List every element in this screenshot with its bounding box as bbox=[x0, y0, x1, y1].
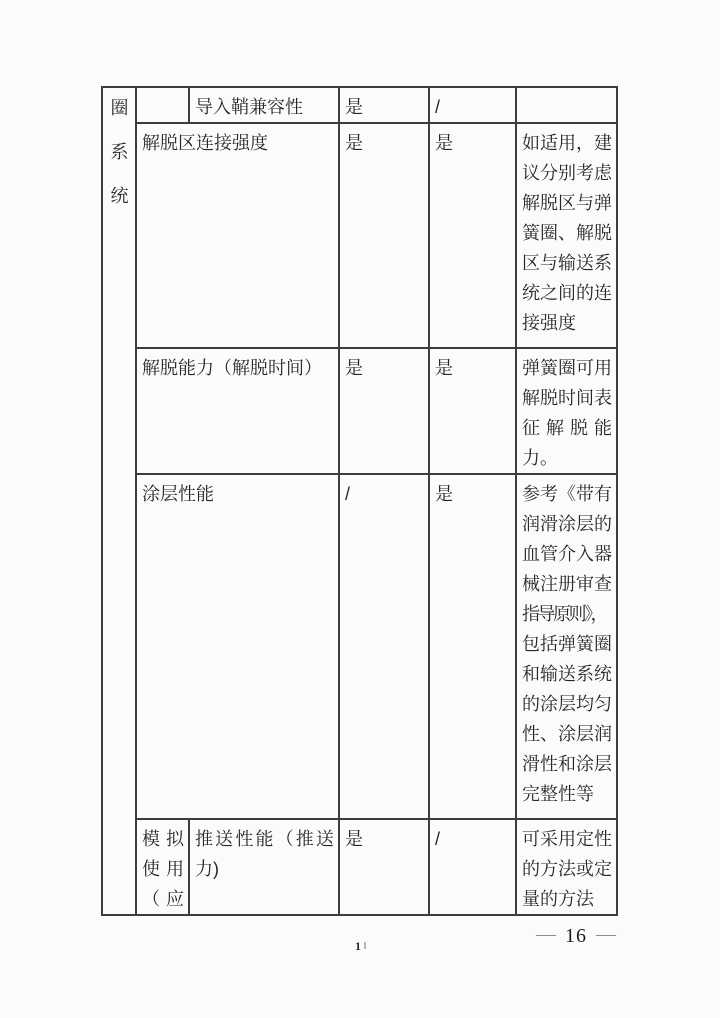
coil-applicable-cell: 是 bbox=[339, 819, 429, 915]
text-line: 推送性能（推送 bbox=[195, 824, 334, 854]
text-line: 弹簧圈可用 bbox=[522, 353, 612, 383]
remark-cell: 参考《带有润滑涂层的血管介入器械注册审查指导原则》，包括弹簧圈和输送系统的涂层均… bbox=[516, 474, 617, 819]
table-row: 模拟使用（应推送性能（推送力)是/可采用定性的方法或定量的方法 bbox=[102, 819, 617, 915]
table-row: 圈系统导入鞘兼容性是/ bbox=[102, 87, 617, 123]
text-line: 解脱能力（解脱时间） bbox=[142, 353, 334, 383]
coil-applicable-cell: / bbox=[339, 474, 429, 819]
delivery-applicable-cell: 是 bbox=[429, 348, 516, 474]
text-line: 使用 bbox=[142, 854, 184, 884]
applicability-value: 是 bbox=[345, 353, 424, 383]
performance-requirements-table: 圈系统导入鞘兼容性是/解脱区连接强度是是如适用，建议分别考虑解脱区与弹簧圈、解脱… bbox=[101, 86, 618, 916]
text-line: 解脱区连接强度 bbox=[142, 128, 334, 158]
footer-left-dash: — bbox=[536, 923, 556, 945]
item-name-cell: 涂层性能 bbox=[136, 474, 339, 819]
table-row: 解脱能力（解脱时间）是是弹簧圈可用解脱时间表征解脱能力。 bbox=[102, 348, 617, 474]
vertical-header-char: 系 bbox=[108, 130, 131, 174]
footnote-mark: 1 bbox=[355, 939, 361, 954]
delivery-applicable-cell: 是 bbox=[429, 474, 516, 819]
coil-applicable-cell: 是 bbox=[339, 123, 429, 348]
category-cell bbox=[136, 87, 189, 123]
text-line: 的方法或定 bbox=[522, 854, 612, 884]
text-line: 械注册审查 bbox=[522, 569, 612, 599]
item-name-cell: 推送性能（推送力) bbox=[189, 819, 339, 915]
text-line: 滑性和涂层 bbox=[522, 749, 612, 779]
delivery-applicable-cell: / bbox=[429, 87, 516, 123]
text-line: 可采用定性 bbox=[522, 824, 612, 854]
footnote-tick-mark bbox=[364, 942, 366, 949]
text-line: 簧圈、解脱 bbox=[522, 218, 612, 248]
text-line: （应 bbox=[142, 884, 184, 914]
applicability-value: / bbox=[435, 824, 511, 854]
applicability-value: 是 bbox=[345, 128, 424, 158]
text-line: 的涂层均匀 bbox=[522, 689, 612, 719]
text-line: 解脱时间表 bbox=[522, 383, 612, 413]
applicability-value: 是 bbox=[435, 128, 511, 158]
text-line: 模拟 bbox=[142, 824, 184, 854]
applicability-value: 是 bbox=[345, 92, 424, 122]
text-line: 接强度 bbox=[522, 308, 612, 338]
item-name-cell: 解脱能力（解脱时间） bbox=[136, 348, 339, 474]
footer-right-dash: — bbox=[596, 923, 616, 945]
text-line: 血管介入器 bbox=[522, 539, 612, 569]
merged-left-header-cell: 圈系统 bbox=[102, 87, 136, 915]
text-line: 力) bbox=[195, 854, 334, 884]
text-line: 和输送系统 bbox=[522, 659, 612, 689]
table-row: 解脱区连接强度是是如适用，建议分别考虑解脱区与弹簧圈、解脱区与输送系统之间的连接… bbox=[102, 123, 617, 348]
text-line: 性、涂层润 bbox=[522, 719, 612, 749]
page-footer: —16— bbox=[0, 925, 616, 948]
text-line: 涂层性能 bbox=[142, 479, 334, 509]
text-line: 统之间的连 bbox=[522, 278, 612, 308]
text-line: 解脱区与弹 bbox=[522, 188, 612, 218]
vertical-header-char: 统 bbox=[108, 174, 131, 218]
applicability-value: / bbox=[345, 479, 424, 509]
document-page: 圈系统导入鞘兼容性是/解脱区连接强度是是如适用，建议分别考虑解脱区与弹簧圈、解脱… bbox=[0, 0, 720, 1018]
text-line: 区与输送系 bbox=[522, 248, 612, 278]
coil-applicable-cell: 是 bbox=[339, 87, 429, 123]
applicability-value: 是 bbox=[435, 353, 511, 383]
coil-applicable-cell: 是 bbox=[339, 348, 429, 474]
text-line: 力。 bbox=[522, 443, 612, 473]
remark-cell: 弹簧圈可用解脱时间表征解脱能力。 bbox=[516, 348, 617, 474]
text-line: 量的方法 bbox=[522, 884, 612, 914]
applicability-value: / bbox=[435, 92, 511, 122]
text-line: 导入鞘兼容性 bbox=[195, 92, 334, 122]
text-line: 如适用，建 bbox=[522, 128, 612, 158]
applicability-value: 是 bbox=[345, 824, 424, 854]
remark-cell bbox=[516, 87, 617, 123]
remark-cell: 如适用，建议分别考虑解脱区与弹簧圈、解脱区与输送系统之间的连接强度 bbox=[516, 123, 617, 348]
text-line: 参考《带有 bbox=[522, 479, 612, 509]
delivery-applicable-cell: 是 bbox=[429, 123, 516, 348]
text-line: 包括弹簧圈 bbox=[522, 629, 612, 659]
delivery-applicable-cell: / bbox=[429, 819, 516, 915]
table-row: 涂层性能/是参考《带有润滑涂层的血管介入器械注册审查指导原则》，包括弹簧圈和输送… bbox=[102, 474, 617, 819]
text-line: 议分别考虑 bbox=[522, 158, 612, 188]
item-name-cell: 解脱区连接强度 bbox=[136, 123, 339, 348]
text-line: 润滑涂层的 bbox=[522, 509, 612, 539]
page-number: 16 bbox=[565, 925, 587, 947]
category-cell: 模拟使用（应 bbox=[136, 819, 189, 915]
vertical-header-char: 圈 bbox=[108, 87, 131, 130]
text-line: 指导原则》， bbox=[522, 599, 612, 629]
applicability-value: 是 bbox=[435, 479, 511, 509]
remark-cell: 可采用定性的方法或定量的方法 bbox=[516, 819, 617, 915]
text-line: 征解脱能 bbox=[522, 413, 612, 443]
item-name-cell: 导入鞘兼容性 bbox=[189, 87, 339, 123]
text-line: 完整性等 bbox=[522, 779, 612, 809]
